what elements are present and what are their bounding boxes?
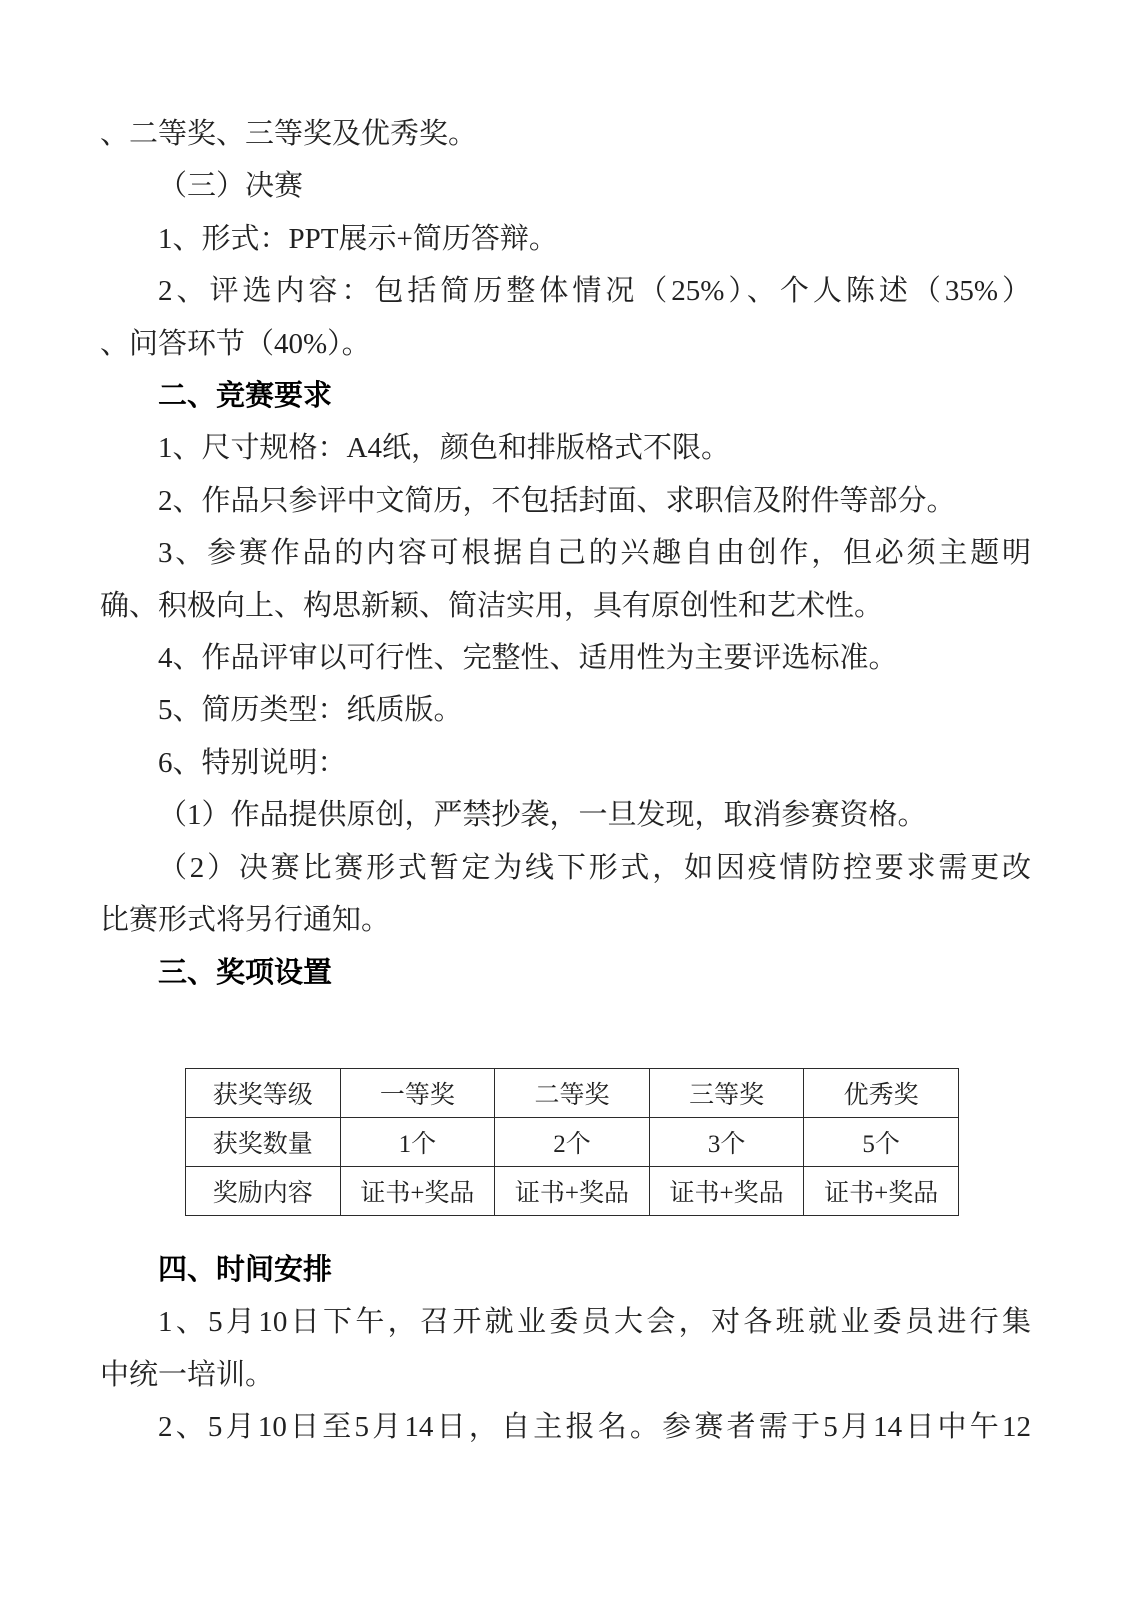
doc-line: 1、尺寸规格：A4纸，颜色和排版格式不限。	[100, 422, 1031, 474]
doc-line: 6、特别说明：	[100, 737, 1031, 789]
doc-line: 2、作品只参评中文简历，不包括封面、求职信及附件等部分。	[100, 475, 1031, 527]
awards-table-cell: 获奖等级	[186, 1068, 341, 1117]
awards-table-row: 奖励内容 证书+奖品 证书+奖品 证书+奖品 证书+奖品	[186, 1166, 959, 1215]
awards-table-cell: 证书+奖品	[649, 1166, 804, 1215]
section-heading-schedule: 四、时间安排	[100, 1244, 1031, 1296]
doc-line: （三）决赛	[100, 160, 1031, 212]
doc-line: 3、参赛作品的内容可根据自己的兴趣自由创作，但必须主题明	[100, 527, 1031, 579]
awards-table-row: 获奖数量 1个 2个 3个 5个	[186, 1117, 959, 1166]
doc-line: （2）决赛比赛形式暂定为线下形式，如因疫情防控要求需更改	[100, 842, 1031, 894]
awards-table-cell: 3个	[649, 1117, 804, 1166]
doc-line: （1）作品提供原创，严禁抄袭，一旦发现，取消参赛资格。	[100, 789, 1031, 841]
doc-line: 确、积极向上、构思新颖、简洁实用，具有原创性和艺术性。	[100, 580, 1031, 632]
awards-table-cell: 证书+奖品	[495, 1166, 650, 1215]
section-heading-competition-requirements: 二、竞赛要求	[100, 370, 1031, 422]
section-heading-awards: 三、奖项设置	[100, 947, 1031, 999]
doc-line: 4、作品评审以可行性、完整性、适用性为主要评选标准。	[100, 632, 1031, 684]
awards-table-cell: 证书+奖品	[804, 1166, 959, 1215]
awards-table-cell: 证书+奖品	[340, 1166, 495, 1215]
doc-line: 2、评选内容：包括简历整体情况（25%）、个人陈述（35%）	[100, 265, 1031, 317]
document-content: 、二等奖、三等奖及优秀奖。 （三）决赛 1、形式：PPT展示+简历答辩。 2、评…	[0, 0, 1131, 1454]
doc-line: 、二等奖、三等奖及优秀奖。	[100, 108, 1031, 160]
awards-table-cell: 奖励内容	[186, 1166, 341, 1215]
awards-table-cell: 2个	[495, 1117, 650, 1166]
awards-table-cell: 获奖数量	[186, 1117, 341, 1166]
doc-line: 中统一培训。	[100, 1349, 1031, 1401]
doc-line: 2、5月10日至5月14日，自主报名。参赛者需于5月14日中午12	[100, 1401, 1031, 1453]
doc-line: 、问答环节（40%）。	[100, 318, 1031, 370]
awards-table-cell: 一等奖	[340, 1068, 495, 1117]
awards-table-cell: 5个	[804, 1117, 959, 1166]
doc-line: 5、简历类型：纸质版。	[100, 684, 1031, 736]
document-page: 、二等奖、三等奖及优秀奖。 （三）决赛 1、形式：PPT展示+简历答辩。 2、评…	[0, 0, 1131, 1600]
doc-line: 比赛形式将另行通知。	[100, 894, 1031, 946]
awards-table-row: 获奖等级 一等奖 二等奖 三等奖 优秀奖	[186, 1068, 959, 1117]
doc-line: 1、形式：PPT展示+简历答辩。	[100, 213, 1031, 265]
doc-line: 1、5月10日下午，召开就业委员大会，对各班就业委员进行集	[100, 1296, 1031, 1348]
awards-table-cell: 三等奖	[649, 1068, 804, 1117]
awards-table-cell: 优秀奖	[804, 1068, 959, 1117]
awards-table-cell: 二等奖	[495, 1068, 650, 1117]
awards-table: 获奖等级 一等奖 二等奖 三等奖 优秀奖 获奖数量 1个 2个 3个 5个 奖励…	[185, 1068, 959, 1216]
awards-table-cell: 1个	[340, 1117, 495, 1166]
